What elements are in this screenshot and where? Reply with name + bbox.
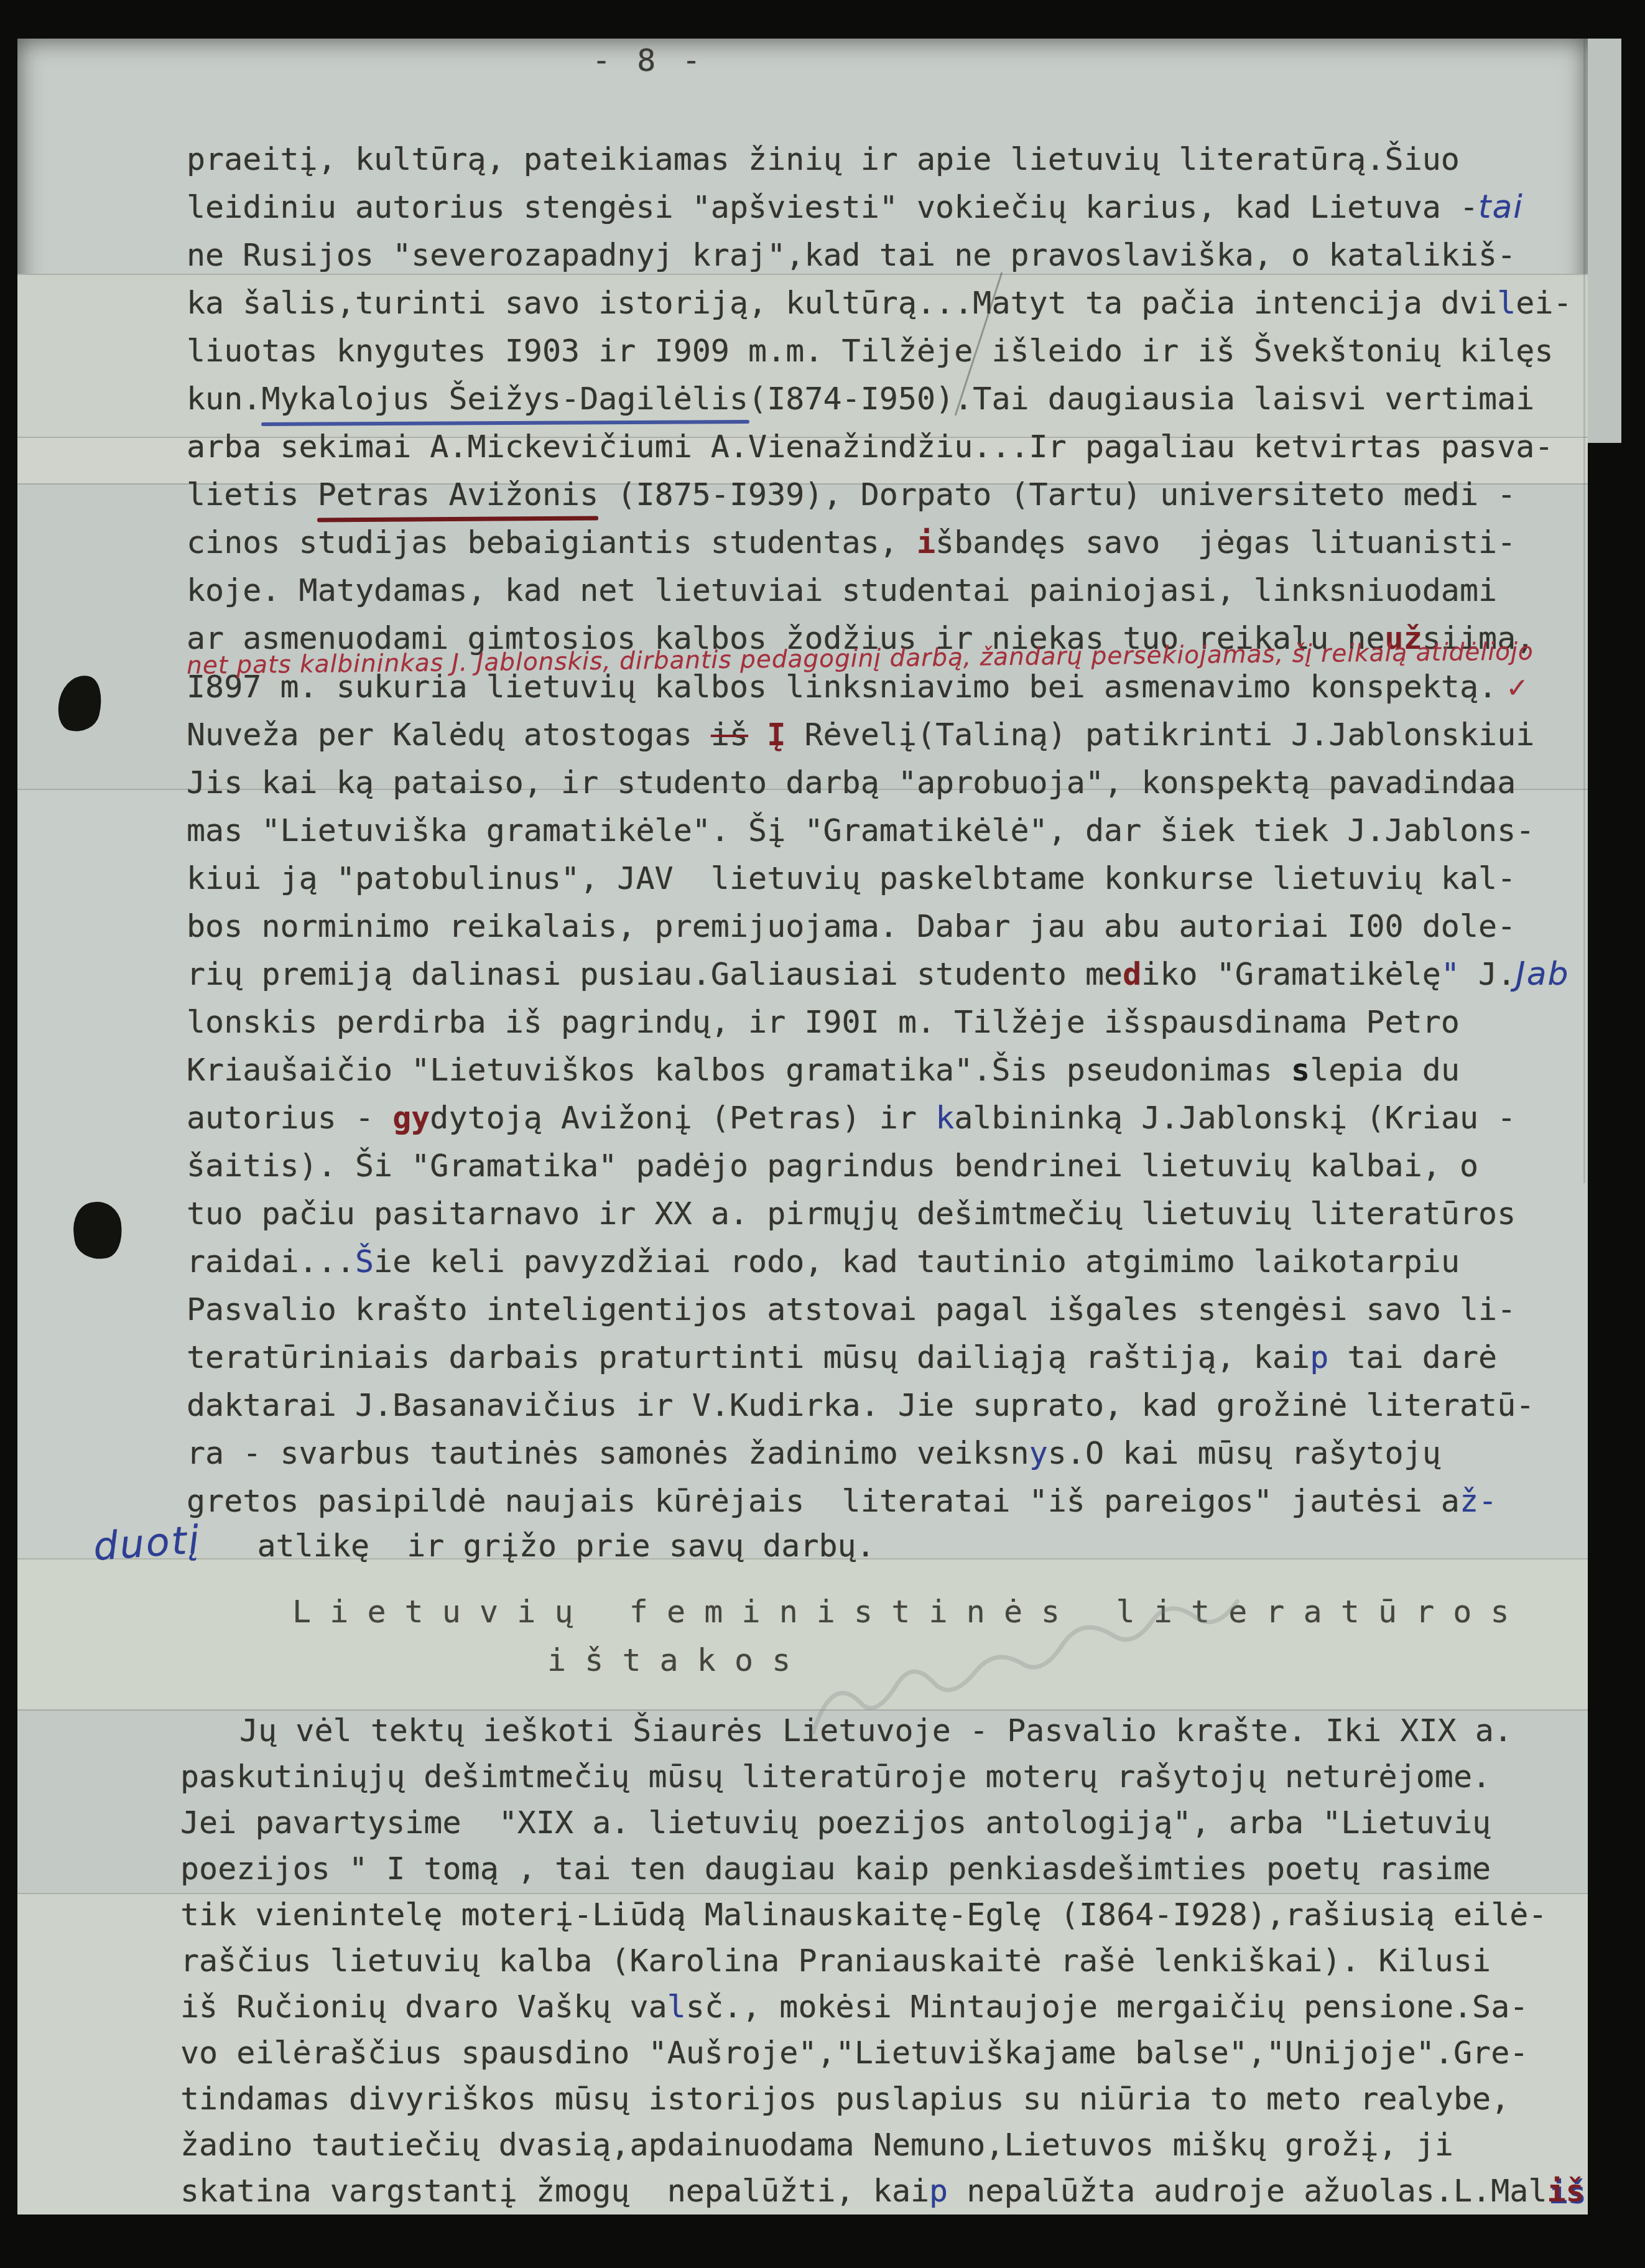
text-line: mas "Lietuviška gramatikėle". Šį "Gramat… xyxy=(187,814,1534,847)
text-line: cinos studijas bebaigiantis studentas, i… xyxy=(187,526,1516,559)
scanned-page: - 8 - praeitį, kultūrą, pateikiamas žini… xyxy=(0,0,1645,2268)
text-line: praeitį, kultūrą, pateikiamas žinių ir a… xyxy=(187,143,1460,175)
scan-background-bottom xyxy=(0,2215,1645,2268)
text-line: tik vienintelę moterį-Liūdą Malinauskait… xyxy=(180,1899,1547,1931)
text-line: gretos pasipildė naujais kūrėjais litera… xyxy=(187,1485,1497,1517)
text-line: raščius lietuvių kalba (Karolina Praniau… xyxy=(180,1945,1491,1977)
text-line: leidiniu autorius stengėsi "apšviesti" v… xyxy=(187,191,1524,223)
text-line: tuo pačiu pasitarnavo ir XX a. pirmųjų d… xyxy=(187,1197,1516,1230)
text-line: paskutiniųjų dešimtmečių mūsų literatūro… xyxy=(180,1760,1491,1793)
text-line: skatina vargstantį žmogų nepalūžti, kaip… xyxy=(180,2175,1585,2207)
text-line: tindamas divyriškos mūsų istorijos pusla… xyxy=(180,2083,1509,2115)
text-line: poezijos " I tomą , tai ten daugiau kaip… xyxy=(180,1852,1491,1885)
text-line: teratūriniais darbais praturtinti mūsų d… xyxy=(187,1341,1497,1373)
text-line: rių premiją dalinasi pusiau.Galiausiai s… xyxy=(187,958,1570,990)
text-line: Jei pavartysime "XIX a. lietuvių poezijo… xyxy=(180,1806,1491,1839)
text-line: šaitis). Ši "Gramatika" padėjo pagrindus… xyxy=(187,1150,1478,1182)
text-line: iš Ručionių dvaro Vaškų valsč., mokėsi M… xyxy=(180,1991,1528,2023)
text-line: Jis kai ką pataiso, ir studento darbą "a… xyxy=(187,766,1516,799)
text-line: vo eilėraščius spausdino "Aušroje","Liet… xyxy=(180,2037,1528,2069)
text-line: raidai...Šie keli pavyzdžiai rodo, kad t… xyxy=(187,1245,1460,1278)
text-line: koje. Matydamas, kad net lietuviai stude… xyxy=(187,574,1497,607)
text-line: kiui ją "patobulinus", JAV lietuvių pask… xyxy=(187,862,1516,895)
text-line: lietis Petras Avižonis (I875-I939), Dorp… xyxy=(187,478,1516,511)
text-line: duotį atlikę ir grįžo prie savų darbų. xyxy=(93,1527,875,1562)
paper-crease xyxy=(1583,39,1585,1183)
text-line: Kriaušaičio "Lietuviškos kalbos gramatik… xyxy=(187,1054,1460,1086)
text-line: ra - svarbus tautinės samonės žadinimo v… xyxy=(187,1437,1441,1469)
paper-edge-sliver xyxy=(1588,39,1621,443)
text-line: lonskis perdirba iš pagrindų, ir I90I m.… xyxy=(187,1006,1460,1038)
text-line: Pasvalio krašto inteligentijos atstovai … xyxy=(187,1293,1516,1326)
scan-background-top xyxy=(0,0,1645,39)
text-line: bos norminimo reikalais, premijuojama. D… xyxy=(187,910,1516,942)
scan-background-right xyxy=(1621,0,1645,2268)
text-line: daktarai J.Basanavičius ir V.Kudirka. Ji… xyxy=(187,1389,1534,1421)
text-line: autorius - gydytoją Avižonį (Petras) ir … xyxy=(187,1102,1516,1134)
text-line: ka šalis,turinti savo istoriją, kultūrą.… xyxy=(187,287,1572,319)
text-line: Nuveža per Kalėdų atostogas iš Į Rėvelį(… xyxy=(187,718,1534,751)
text-line: liuotas knygutes I903 ir I909 m.m. Tilžė… xyxy=(187,335,1554,367)
page-number: - 8 - xyxy=(592,42,705,78)
text-line: arba sekimai A.Mickevičiumi A.Vienažindž… xyxy=(187,430,1554,463)
section-heading-line2: i š t a k o s xyxy=(547,1642,790,1678)
scan-background-left xyxy=(0,0,17,2268)
text-line: kun.Mykalojus Šeižys-Dagilėlis(I874-I950… xyxy=(187,383,1534,415)
text-line: ne Rusijos "severozapadnyj kraj",kad tai… xyxy=(187,239,1516,271)
text-line: žadino tautiečių dvasią,apdainuodama Nem… xyxy=(180,2129,1453,2161)
